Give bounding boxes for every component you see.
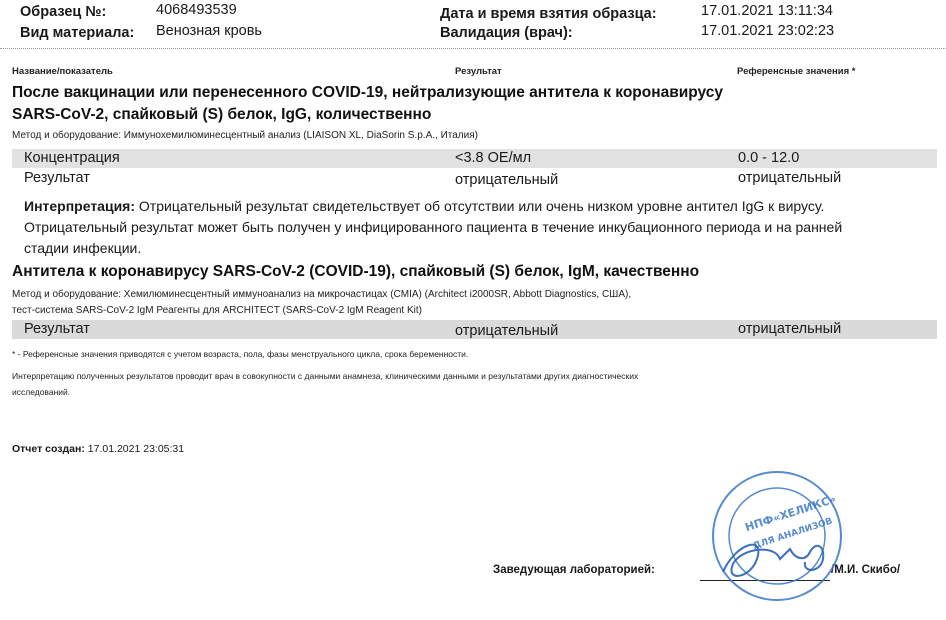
table-row: Результат отрицательный отрицательный [12,169,937,188]
column-result-heading: Результат [455,66,502,77]
row-result: <3.8 ОЕ/мл [455,150,531,166]
row-result: отрицательный [455,323,558,339]
row-name: Результат [24,321,90,337]
row-reference: отрицательный [738,170,841,186]
sample-number-value: 4068493539 [156,2,237,18]
report-created: Отчет создан: 17.01.2021 23:05:31 [12,443,184,455]
material-label: Вид материала: [20,25,134,41]
test-igm-method-line1: Метод и оборудование: Хемилюминесцентный… [12,289,631,300]
lab-stamp-icon: НПФ«ХЕЛИКС» ДЛЯ АНАЛИЗОВ [695,464,845,614]
header-divider [0,48,946,49]
collected-value: 17.01.2021 13:11:34 [701,3,833,19]
test-igg-title-line1: После вакцинации или перенесенного COVID… [12,84,723,102]
row-result: отрицательный [455,172,558,188]
test-igm-title: Антитела к коронавирусу SARS-CoV-2 (COVI… [12,263,699,281]
sample-number-label: Образец №: [20,4,106,20]
column-reference-heading: Референсные значения * [737,66,856,77]
lab-head-label: Заведующая лабораторией: [493,564,655,576]
validation-label: Валидация (врач): [440,25,573,41]
interpretation-label: Интерпретация: [24,198,135,214]
collected-label: Дата и время взятия образца: [440,6,657,22]
material-value: Венозная кровь [156,23,262,39]
report-created-value: 17.01.2021 23:05:31 [85,443,184,455]
row-reference: 0.0 - 12.0 [738,150,799,166]
interpretation-note: Интерпретацию полученных результатов про… [12,368,692,400]
reference-footnote: * - Референсные значения приводятся с уч… [12,349,468,359]
test-igg-method: Метод и оборудование: Иммунохемилюминесц… [12,130,478,141]
test-igg-interpretation: Интерпретация: Отрицательный результат с… [24,196,874,259]
validation-value: 17.01.2021 23:02:23 [701,23,834,39]
table-row: Результат отрицательный отрицательный [12,320,937,339]
test-igm-method-line2: тест-система SARS-CoV-2 IgM Реагенты для… [12,305,422,316]
table-row: Концентрация <3.8 ОЕ/мл 0.0 - 12.0 [12,149,937,168]
interpretation-text: Отрицательный результат свидетельствует … [24,198,842,256]
test-igg-title-line2: SARS-CoV-2, спайковый (S) белок, IgG, ко… [12,106,431,124]
column-name-heading: Название/показатель [12,66,113,77]
row-reference: отрицательный [738,321,841,337]
report-created-label: Отчет создан: [12,443,85,455]
row-name: Концентрация [24,150,120,166]
row-name: Результат [24,170,90,186]
